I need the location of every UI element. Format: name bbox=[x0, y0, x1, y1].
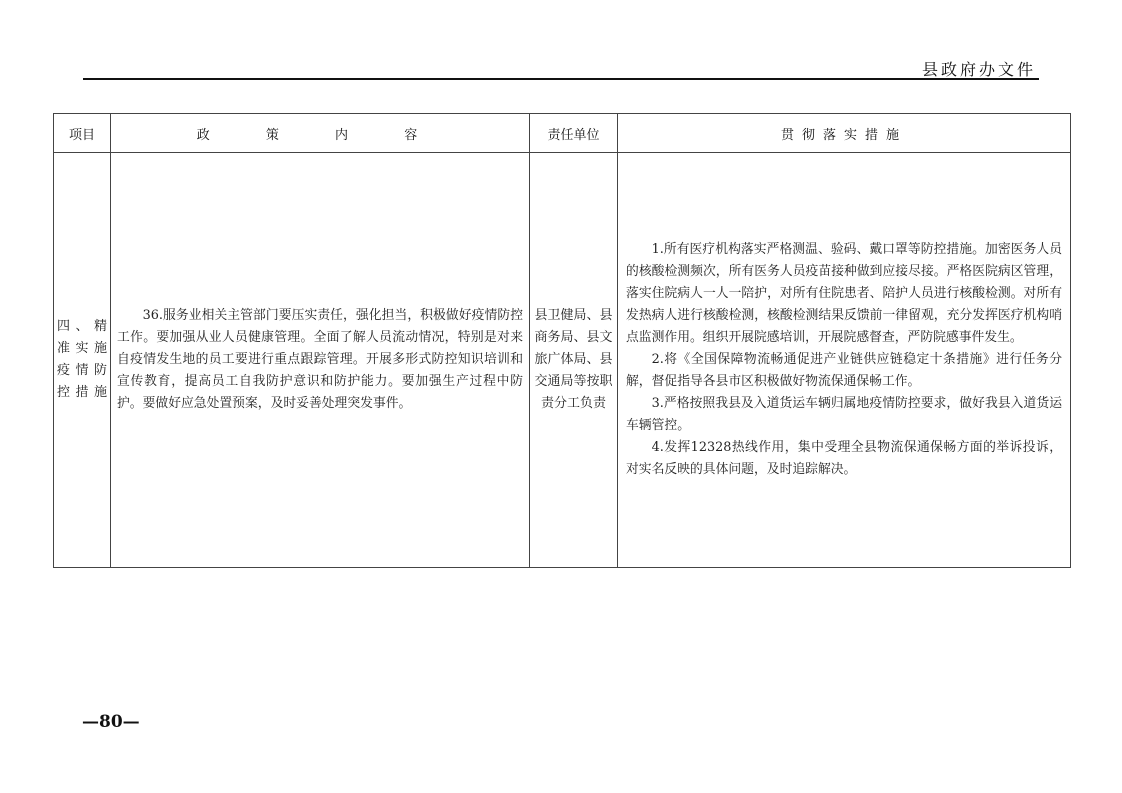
item-cell: 四、精准实施疫情防控措施 bbox=[54, 153, 111, 568]
policy-cell: 36.服务业相关主管部门要压实责任，强化担当，积极做好疫情防控工作。要加强从业人… bbox=[111, 153, 530, 568]
measures-cell: 1.所有医疗机构落实严格测温、验码、戴口罩等防控措施。加密医务人员的核酸检测频次… bbox=[618, 153, 1071, 568]
column-header-item: 项目 bbox=[54, 114, 111, 153]
column-header-measures: 贯彻落实措施 bbox=[618, 114, 1071, 153]
policy-table: 项目 政 策 内 容 责任单位 贯彻落实措施 四、精准实施疫情防控措施 36.服… bbox=[53, 113, 1071, 568]
measure-item: 1.所有医疗机构落实严格测温、验码、戴口罩等防控措施。加密医务人员的核酸检测频次… bbox=[626, 239, 1062, 349]
table-row: 四、精准实施疫情防控措施 36.服务业相关主管部门要压实责任，强化担当，积极做好… bbox=[54, 153, 1071, 568]
column-header-policy: 政 策 内 容 bbox=[111, 114, 530, 153]
measure-item: 2.将《全国保障物流畅通促进产业链供应链稳定十条措施》进行任务分解，督促指导各县… bbox=[626, 349, 1062, 393]
column-header-responsible-unit: 责任单位 bbox=[530, 114, 618, 153]
responsible-unit-cell: 县卫健局、县商务局、县文旅广体局、县交通局等按职责分工负责 bbox=[530, 153, 618, 568]
header-divider bbox=[83, 78, 1039, 80]
measure-item: 4.发挥12328热线作用，集中受理全县物流保通保畅方面的举诉投诉，对实名反映的… bbox=[626, 437, 1062, 481]
policy-text: 36.服务业相关主管部门要压实责任，强化担当，积极做好疫情防控工作。要加强从业人… bbox=[117, 305, 523, 415]
table-header-row: 项目 政 策 内 容 责任单位 贯彻落实措施 bbox=[54, 114, 1071, 153]
page-number: —80— bbox=[82, 712, 140, 732]
document-header-title: 县政府办文件 bbox=[880, 57, 1036, 80]
measure-item: 3.严格按照我县及入道货运车辆归属地疫情防控要求，做好我县入道货运车辆管控。 bbox=[626, 393, 1062, 437]
